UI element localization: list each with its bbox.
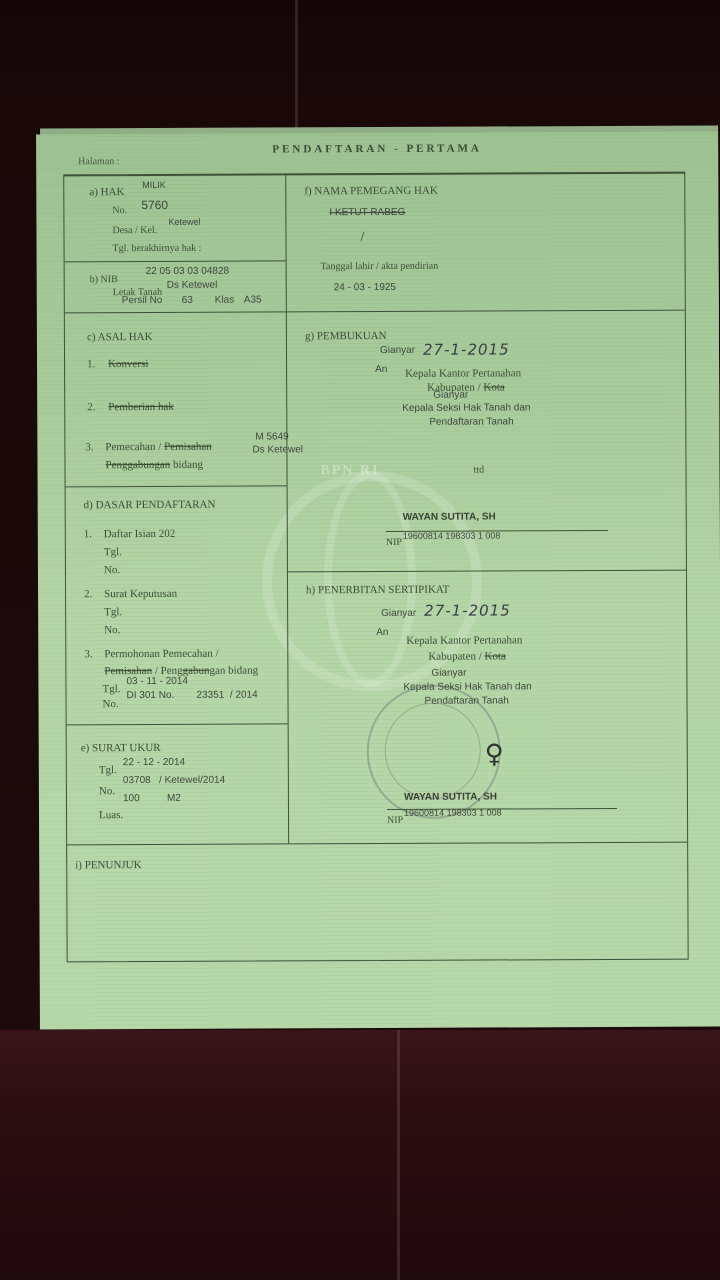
daftar-isian-tgl-label: Tgl. (104, 546, 122, 558)
hak-value: MILIK (142, 180, 166, 190)
luas-unit: M2 (167, 793, 181, 804)
pembukuan-office: Kepala Kantor Pertanahan (405, 367, 521, 380)
penerbitan-region: Gianyar (431, 668, 466, 679)
dasar-item-3-number: 3. (84, 648, 92, 660)
page-title: PENDAFTARAN - PERTAMA (36, 142, 718, 157)
watermark-text: BPN RI (320, 463, 379, 479)
pembukuan-an: An (375, 364, 387, 375)
row-divider (65, 260, 286, 262)
table-surface (0, 1030, 720, 1280)
section-g-label: g) PEMBUKUAN (305, 330, 387, 342)
kota-struck: Kota (483, 381, 504, 393)
handwritten-signature: ♀ (485, 739, 504, 769)
pembukuan-region: Gianyar (433, 390, 468, 401)
penggabungan-struck: Penggabungan (105, 459, 170, 471)
persil-label: Persil No (122, 295, 163, 306)
pemisahan-struck: Pemisahan (164, 441, 212, 453)
penerbitan-kabupaten: Kabupaten / Kota (428, 650, 506, 662)
asal-hak-item-2-number: 2. (87, 401, 95, 413)
pemecahan-text: Pemecahan / (105, 441, 164, 453)
asal-hak-item-3-number: 3. (85, 441, 93, 453)
penerbitan-nip-label: NIP (387, 815, 403, 826)
daftar-isian: Daftar Isian 202 (104, 528, 176, 540)
row-divider (65, 310, 685, 314)
tanggal-lahir-value: 24 - 03 - 1925 (334, 282, 396, 293)
surat-ukur-tgl-label: Tgl. (99, 764, 117, 776)
pembukuan-signatory: WAYAN SUTITA, SH (403, 511, 496, 522)
hak-number: 5760 (141, 198, 168, 212)
pen-mark: / (360, 230, 364, 246)
penerbitan-date-handwritten: 27-1-2015 (424, 601, 511, 619)
surat-ukur-no-value: 03708 / Ketewel/2014 (123, 775, 225, 786)
penerbitan-place: Gianyar (381, 608, 416, 619)
asal-hak-ref: M 5649 (255, 431, 288, 442)
section-c-label: c) ASAL HAK (87, 331, 153, 343)
section-d-label: d) DASAR PENDAFTARAN (84, 499, 216, 512)
section-f-label: f) NAMA PEMEGANG HAK (304, 185, 438, 198)
surat-ukur-no-label: No. (99, 785, 115, 797)
section-i-label: i) PENUNJUK (75, 859, 141, 871)
section-a-label: a) HAK (89, 186, 124, 198)
luas-label: Luas. (99, 809, 123, 821)
section-e-label: e) SURAT UKUR (81, 742, 161, 754)
background-crease (397, 1030, 400, 1280)
asal-hak-item-1-number: 1. (87, 358, 95, 370)
bpn-watermark-globe-icon (324, 471, 417, 687)
row-divider (67, 723, 288, 725)
penerbitan-signatory: WAYAN SUTITA, SH (404, 791, 497, 802)
desa-value: Ketewel (168, 217, 200, 227)
surat-keputusan-no-label: No. (104, 624, 120, 636)
bidang-text: bidang (170, 459, 203, 471)
asal-hak-location: Ds Ketewel (252, 444, 303, 455)
dasar-item-1-number: 1. (84, 528, 92, 540)
penerbitan-office: Kepala Kantor Pertanahan (406, 634, 522, 647)
penerbitan-an: An (376, 627, 388, 638)
tgl-berakhir-label: Tgl. berakhirnya hak : (113, 243, 202, 254)
asal-hak-pemecahan: Pemecahan / Pemisahan (105, 441, 211, 453)
pembukuan-nip-value: 19600814 198303 1 008 (403, 530, 501, 540)
gan-bidang-text: gan bidang (209, 665, 258, 677)
klas-value: A35 (244, 295, 262, 306)
holder-name-struck: I KETUT RABEG (329, 207, 405, 218)
permohonan-pemecahan: Permohonan Pemecahan / (104, 648, 218, 660)
surat-keputusan-tgl-label: Tgl. (104, 606, 122, 618)
asal-hak-konversi: Konversi (108, 358, 148, 370)
klas-label: Klas (215, 295, 235, 306)
permohonan-no-value: DI 301 No. 23351 / 2014 (126, 690, 257, 702)
pembukuan-nip-label: NIP (386, 537, 402, 548)
pembukuan-seksi: Kepala Seksi Hak Tanah dan (402, 402, 530, 414)
asal-hak-penggabungan: Penggabungan bidang (105, 459, 203, 471)
permohonan-tgl-value: 03 - 11 - 2014 (126, 676, 188, 687)
surat-keputusan: Surat Keputusan (104, 588, 177, 600)
kabupaten-text: Kabupaten / (428, 651, 484, 663)
dasar-item-2-number: 2. (84, 588, 92, 600)
kota-struck: Kota (485, 650, 506, 662)
luas-value: 100 (123, 793, 140, 804)
no-label: No. (112, 205, 127, 216)
daftar-isian-no-label: No. (104, 564, 120, 576)
row-divider (67, 842, 687, 846)
form-frame: BPN RI a) HAK MILIK No. 5760 Desa / Kel.… (63, 172, 688, 963)
asal-hak-pemberian: Pemberian hak (108, 401, 174, 413)
pembukuan-ttd: ttd (473, 465, 484, 476)
permohonan-tgl-label: Tgl. (102, 683, 120, 695)
pembukuan-place: Gianyar (380, 345, 415, 356)
pembukuan-pendaftaran: Pendaftaran Tanah (429, 416, 513, 427)
section-h-label: h) PENERBITAN SERTIPIKAT (306, 584, 449, 597)
halaman-label: Halaman : (78, 156, 119, 167)
background-crease (295, 0, 298, 130)
penerbitan-nip-value: 19600814 198303 1 008 (404, 807, 502, 817)
nib-label: b) NIB (90, 274, 118, 285)
tanggal-lahir-label: Tanggal lahir / akta pendirian (321, 261, 439, 273)
penerbitan-seksi: Kepala Seksi Hak Tanah dan (403, 681, 531, 693)
persil-value: 63 (182, 295, 193, 306)
nib-value: 22 05 03 03 04828 (146, 266, 229, 277)
garuda-emblem-icon (385, 703, 481, 799)
surat-ukur-tgl-value: 22 - 12 - 2014 (123, 757, 185, 768)
penerbitan-pendaftaran: Pendaftaran Tanah (425, 695, 509, 706)
letak-tanah-value: Ds Ketewel (167, 280, 218, 291)
permohonan-no-label: No. (103, 698, 119, 710)
pembukuan-date-handwritten: 27-1-2015 (423, 340, 510, 358)
land-certificate-page: PENDAFTARAN - PERTAMA Halaman : BPN RI a… (36, 132, 720, 1030)
row-divider (66, 485, 287, 487)
desa-label: Desa / Kel. (112, 225, 157, 236)
